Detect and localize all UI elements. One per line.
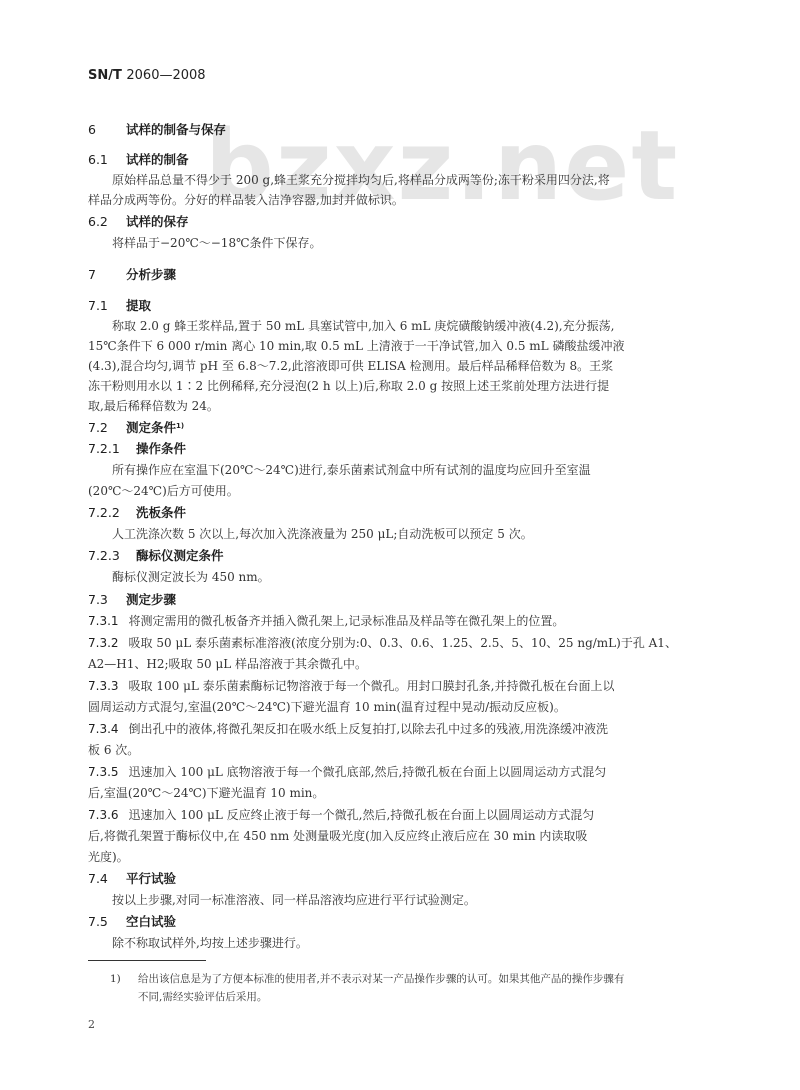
standard-code: SN/T 2060—2008: [88, 68, 206, 83]
section-title: 提取: [126, 298, 151, 313]
step-number: 7.3.2: [88, 635, 119, 651]
section-title: 洗板条件: [136, 505, 186, 520]
footnote-mark: 1): [110, 972, 138, 987]
section-number: 7.1: [88, 298, 116, 314]
paragraph-line: 光度)。: [88, 849, 718, 865]
paragraph-line: 样品分成两等份。分好的样品装入洁净容器,加封并做标识。: [88, 192, 718, 208]
step-number: 7.3.1: [88, 613, 119, 629]
step-text: 吸取 100 μL 泰乐菌素酶标记物溶液于每一个微孔。用封口膜封孔条,并持微孔板…: [129, 679, 615, 693]
paragraph-line: 原始样品总量不得少于 200 g,蜂王浆充分搅拌均匀后,将样品分成两等份;冻干粉…: [88, 172, 742, 188]
section-title: 测定条件: [126, 420, 176, 435]
paragraph-line: 15℃条件下 6 000 r/min 离心 10 min,取 0.5 mL 上清…: [88, 338, 718, 354]
section-title: 平行试验: [126, 871, 176, 886]
section-title: 空白试验: [126, 914, 176, 929]
section-number: 7.2.1: [88, 441, 126, 457]
section-title: 操作条件: [136, 441, 186, 456]
section-number: 6.1: [88, 152, 116, 168]
paragraph-line: 圆周运动方式混匀,室温(20℃～24℃)下避光温育 10 min(温育过程中晃动…: [88, 699, 718, 715]
step-7-3-1: 7.3.1将测定需用的微孔板备齐并插入微孔架上,记录标准品及样品等在微孔架上的位…: [88, 613, 718, 629]
paragraph-line: 除不称取试样外,均按上述步骤进行。: [88, 935, 742, 951]
section-number: 7.2.3: [88, 548, 126, 564]
section-title: 测定步骤: [126, 592, 176, 607]
paragraph-line: 将样品于−20℃～−18℃条件下保存。: [88, 235, 742, 251]
step-7-3-5: 7.3.5迅速加入 100 μL 底物溶液于每一个微孔底部,然后,持微孔板在台面…: [88, 764, 718, 780]
paragraph-line: (4.3),混合均匀,调节 pH 至 6.8～7.2,此溶液即可供 ELISA …: [88, 358, 718, 374]
heading-6-2: 6.2试样的保存: [88, 214, 718, 230]
step-7-3-3: 7.3.3吸取 100 μL 泰乐菌素酶标记物溶液于每一个微孔。用封口膜封孔条,…: [88, 678, 718, 694]
section-number: 7.2.2: [88, 505, 126, 521]
paragraph-line: 冻干粉则用水以 1∶2 比例稀释,充分浸泡(2 h 以上)后,称取 2.0 g …: [88, 378, 718, 394]
heading-6-1: 6.1试样的制备: [88, 152, 718, 168]
paragraph-line: 称取 2.0 g 蜂王浆样品,置于 50 mL 具塞试管中,加入 6 mL 庚烷…: [88, 318, 742, 334]
paragraph-line: 板 6 次。: [88, 742, 718, 758]
heading-7-2-1: 7.2.1操作条件: [88, 441, 718, 457]
step-text: 迅速加入 100 μL 反应终止液于每一个微孔,然后,持微孔板在台面上以圆周运动…: [129, 808, 595, 822]
heading-6: 6试样的制备与保存: [88, 122, 718, 138]
step-text: 倒出孔中的液体,将微孔架反扣在吸水纸上反复拍打,以除去孔中过多的残液,用洗涤缓冲…: [129, 722, 608, 736]
step-text: 迅速加入 100 μL 底物溶液于每一个微孔底部,然后,持微孔板在台面上以圆周运…: [129, 765, 607, 779]
step-number: 7.3.3: [88, 678, 119, 694]
section-title: 试样的制备与保存: [126, 122, 226, 137]
section-number: 7.5: [88, 914, 116, 930]
section-number: 7.3: [88, 592, 116, 608]
heading-7-3: 7.3测定步骤: [88, 592, 718, 608]
paragraph-line: 酶标仪测定波长为 450 nm。: [88, 569, 742, 585]
section-number: 7.4: [88, 871, 116, 887]
document-page: SN/T 2060—2008 6试样的制备与保存 6.1试样的制备 原始样品总量…: [0, 0, 800, 1090]
footnote-divider: [88, 960, 206, 961]
paragraph-line: 取,最后稀释倍数为 24。: [88, 398, 718, 414]
section-number: 7: [88, 267, 116, 283]
heading-7-2-3: 7.2.3酶标仪测定条件: [88, 548, 718, 564]
paragraph-line: 人工洗涤次数 5 次以上,每次加入洗涤液量为 250 μL;自动洗板可以预定 5…: [88, 526, 742, 542]
footnote-line: 不同,需经实验评估后采用。: [138, 990, 267, 1005]
standard-prefix: SN/T: [88, 68, 122, 83]
step-text: 将测定需用的微孔板备齐并插入微孔架上,记录标准品及样品等在微孔架上的位置。: [129, 614, 565, 628]
footnote-reference[interactable]: 1): [176, 422, 184, 430]
section-title: 试样的保存: [126, 214, 189, 229]
section-title: 酶标仪测定条件: [136, 548, 224, 563]
step-number: 7.3.6: [88, 807, 119, 823]
heading-7-1: 7.1提取: [88, 298, 718, 314]
paragraph-line: 所有操作应在室温下(20℃～24℃)进行,泰乐菌素试剂盒中所有试剂的温度均应回升…: [88, 462, 742, 478]
paragraph-line: (20℃～24℃)后方可使用。: [88, 483, 718, 499]
section-title: 试样的制备: [126, 152, 189, 167]
step-number: 7.3.4: [88, 721, 119, 737]
step-text: 吸取 50 μL 泰乐菌素标准溶液(浓度分别为:0、0.3、0.6、1.25、2…: [129, 636, 677, 650]
paragraph-line: A2—H1、H2;吸取 50 μL 样品溶液于其余微孔中。: [88, 656, 718, 672]
heading-7: 7分析步骤: [88, 267, 718, 283]
standard-number: 2060—2008: [126, 68, 205, 83]
step-7-3-6: 7.3.6迅速加入 100 μL 反应终止液于每一个微孔,然后,持微孔板在台面上…: [88, 807, 718, 823]
section-title: 分析步骤: [126, 267, 176, 282]
footnote-text: 给出该信息是为了方便本标准的使用者,并不表示对某一产品操作步骤的认可。如果其他产…: [138, 973, 624, 985]
step-7-3-4: 7.3.4倒出孔中的液体,将微孔架反扣在吸水纸上反复拍打,以除去孔中过多的残液,…: [88, 721, 718, 737]
paragraph-line: 后,室温(20℃～24℃)下避光温育 10 min。: [88, 785, 718, 801]
step-number: 7.3.5: [88, 764, 119, 780]
paragraph-line: 按以上步骤,对同一标准溶液、同一样品溶液均应进行平行试验测定。: [88, 892, 742, 908]
footnote: 1)给出该信息是为了方便本标准的使用者,并不表示对某一产品操作步骤的认可。如果其…: [110, 972, 624, 987]
section-number: 7.2: [88, 420, 116, 436]
step-7-3-2: 7.3.2吸取 50 μL 泰乐菌素标准溶液(浓度分别为:0、0.3、0.6、1…: [88, 635, 718, 651]
section-number: 6: [88, 122, 116, 138]
heading-7-4: 7.4平行试验: [88, 871, 718, 887]
heading-7-2-2: 7.2.2洗板条件: [88, 505, 718, 521]
section-number: 6.2: [88, 214, 116, 230]
heading-7-5: 7.5空白试验: [88, 914, 718, 930]
paragraph-line: 后,将微孔架置于酶标仪中,在 450 nm 处测量吸光度(加入反应终止液后应在 …: [88, 828, 718, 844]
heading-7-2: 7.2测定条件1): [88, 420, 718, 436]
page-number: 2: [88, 1018, 95, 1031]
